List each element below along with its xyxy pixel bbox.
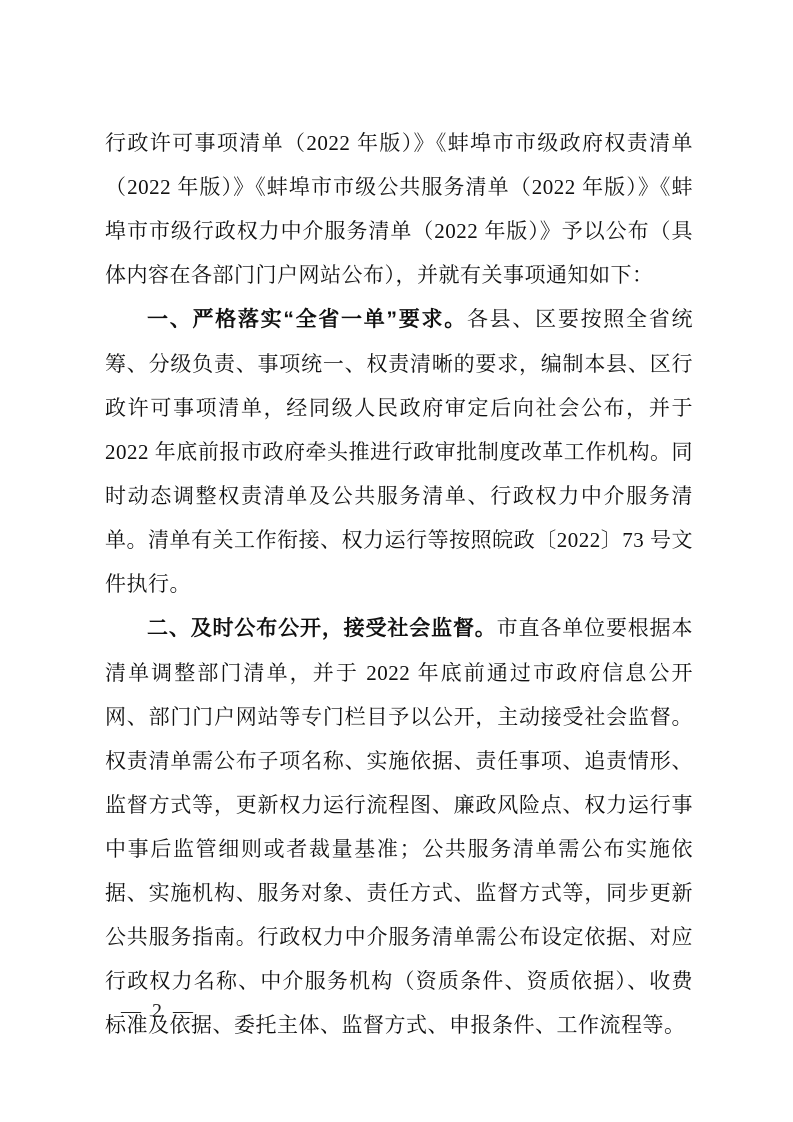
document-page: 行政许可事项清单（2022 年版）》《蚌埠市市级政府权责清单（2022 年版）》…: [0, 0, 793, 1122]
section-2-heading: 二、及时公布公开，接受社会监督。: [147, 617, 497, 640]
paragraph-intro: 行政许可事项清单（2022 年版）》《蚌埠市市级政府权责清单（2022 年版）》…: [105, 121, 693, 297]
paragraph-section-1: 一、严格落实“全省一单”要求。各县、区要按照全省统筹、分级负责、事项统一、权责清…: [105, 297, 693, 606]
section-1-heading: 一、严格落实“全省一单”要求。: [147, 308, 467, 331]
paragraph-section-2: 二、及时公布公开，接受社会监督。市直各单位要根据本清单调整部门清单，并于 202…: [105, 606, 693, 1047]
paragraph-intro-text: 行政许可事项清单（2022 年版）》《蚌埠市市级政府权责清单（2022 年版）》…: [105, 131, 693, 287]
section-2-text: 市直各单位要根据本清单调整部门清单，并于 2022 年底前通过市政府信息公开网、…: [105, 616, 693, 1037]
page-number: — 2 —: [121, 997, 196, 1025]
section-1-text: 各县、区要按照全省统筹、分级负责、事项统一、权责清晰的要求，编制本县、区行政许可…: [105, 307, 693, 596]
body-text: 行政许可事项清单（2022 年版）》《蚌埠市市级政府权责清单（2022 年版）》…: [105, 121, 693, 1047]
